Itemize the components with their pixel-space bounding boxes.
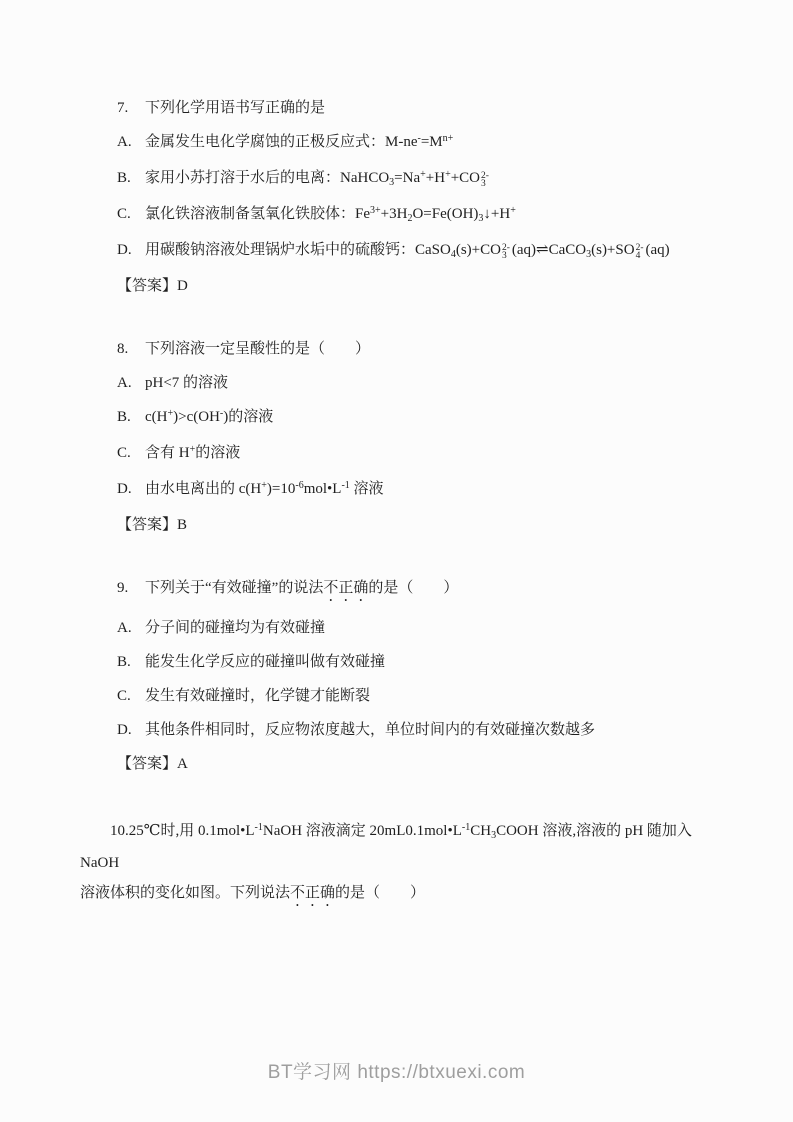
question-8: 8.下列溶液一定呈酸性的是（ ）A.pH<7 的溶液B.c(H+)>c(OH-)… <box>117 338 713 536</box>
text-run: 家用小苏打溶于水后的电离：NaHCO <box>145 170 389 186</box>
text-run: NaOH 溶液滴定 20mL0.1mol•L <box>263 823 462 839</box>
option-row: C.发生有效碰撞时，化学键才能断裂 <box>117 685 713 707</box>
option-text: pH<7 的溶液 <box>145 375 228 391</box>
superscript: + <box>420 169 426 180</box>
text-run: 发生有效碰撞时，化学键才能断裂 <box>145 688 370 704</box>
text-run: c(H <box>145 409 168 425</box>
text-run: CH <box>470 823 491 839</box>
superscript: -1 <box>255 822 263 833</box>
option-label: B. <box>117 651 145 673</box>
text-run: 含有 H <box>145 445 190 461</box>
text-run: )>c(OH <box>173 409 220 425</box>
answer-line: 【答案】A <box>117 753 713 775</box>
text-run: 的是（ ） <box>368 580 458 596</box>
option-text: 家用小苏打溶于水后的电离：NaHCO3=Na++H++CO2-3 <box>145 170 491 186</box>
superscript: -6 <box>295 480 303 491</box>
text-run: =M <box>421 134 443 150</box>
superscript: + <box>261 480 267 491</box>
question-stem: 7.下列化学用语书写正确的是 <box>117 97 713 119</box>
superscript: n+ <box>443 133 454 144</box>
option-label: B. <box>117 167 145 189</box>
answer-prefix: 【答案】 <box>117 756 177 772</box>
text-run: +CO <box>451 170 480 186</box>
option-row: D.其他条件相同时，反应物浓度越大，单位时间内的有效碰撞次数越多 <box>117 719 713 741</box>
stacked-charge: 2-3 <box>502 244 510 261</box>
option-row: C.含有 H+的溶液 <box>117 442 713 466</box>
question-number: 9. <box>117 577 145 599</box>
subscript: 3 <box>491 830 496 841</box>
text-run: )=10 <box>267 481 295 497</box>
question-number: 8. <box>117 338 145 360</box>
text-run: 的溶液 <box>195 445 240 461</box>
question-number: 10. <box>95 816 129 846</box>
emphasized-text: 不正确 <box>290 885 335 901</box>
option-text: 能发生化学反应的碰撞叫做有效碰撞 <box>145 654 385 670</box>
question-7: 7.下列化学用语书写正确的是A.金属发生电化学腐蚀的正极反应式：M-ne-=Mn… <box>117 97 713 297</box>
subscript: 4 <box>451 249 456 260</box>
text-run: 分子间的碰撞均为有效碰撞 <box>145 620 325 636</box>
answer-value: A <box>177 756 188 772</box>
emphasized-text: 不正确 <box>323 580 368 596</box>
subscript: 3 <box>586 249 591 260</box>
text-run: O=Fe(OH) <box>412 206 478 222</box>
text-run: 氯化铁溶液制备氢氧化铁胶体：Fe <box>145 206 370 222</box>
superscript: + <box>510 205 516 216</box>
answer-prefix: 【答案】 <box>117 278 177 294</box>
text-run: 溶液 <box>350 481 384 497</box>
question-number: 7. <box>117 97 145 119</box>
option-row: B.c(H+)>c(OH-)的溶液 <box>117 406 713 430</box>
option-row: D.用碳酸钠溶液处理锅炉水垢中的硫酸钙：CaSO4(s)+CO2-3(aq)⇌C… <box>117 239 713 263</box>
question-10: 10.25℃时,用 0.1mol•L-1NaOH 溶液滴定 20mL0.1mol… <box>80 816 711 910</box>
option-label: C. <box>117 203 145 225</box>
text-run: 能发生化学反应的碰撞叫做有效碰撞 <box>145 654 385 670</box>
superscript: + <box>445 169 451 180</box>
option-text: 其他条件相同时，反应物浓度越大，单位时间内的有效碰撞次数越多 <box>145 722 595 738</box>
text-run: 下列溶液一定呈酸性的是（ ） <box>145 341 370 357</box>
option-label: A. <box>117 131 145 153</box>
text-run: 由水电离出的 c(H <box>145 481 261 497</box>
option-text: 发生有效碰撞时，化学键才能断裂 <box>145 688 370 704</box>
option-row: B.能发生化学反应的碰撞叫做有效碰撞 <box>117 651 713 673</box>
option-text: c(H+)>c(OH-)的溶液 <box>145 409 273 425</box>
text-run: 25℃时,用 0.1mol•L <box>129 823 255 839</box>
text-run: )的溶液 <box>223 409 273 425</box>
option-text: 用碳酸钠溶液处理锅炉水垢中的硫酸钙：CaSO4(s)+CO2-3(aq)⇌CaC… <box>145 242 670 258</box>
text-run: (aq) <box>646 242 670 258</box>
stacked-charge: 2-4 <box>636 244 644 261</box>
option-row: A.pH<7 的溶液 <box>117 372 713 394</box>
text-run: pH<7 的溶液 <box>145 375 228 391</box>
answer-value: B <box>177 517 187 533</box>
text-run: 的是（ ） <box>335 885 425 901</box>
option-text: 金属发生电化学腐蚀的正极反应式：M-ne-=Mn+ <box>145 134 453 150</box>
option-label: C. <box>117 442 145 464</box>
option-text: 含有 H+的溶液 <box>145 445 240 461</box>
text-run: mol•L <box>304 481 342 497</box>
question-stem: 10.25℃时,用 0.1mol•L-1NaOH 溶液滴定 20mL0.1mol… <box>80 816 711 910</box>
superscript: - <box>418 133 421 144</box>
option-label: D. <box>117 478 145 500</box>
answer-line: 【答案】B <box>117 514 713 536</box>
answer-line: 【答案】D <box>117 275 713 297</box>
questions-area: 7.下列化学用语书写正确的是A.金属发生电化学腐蚀的正极反应式：M-ne-=Mn… <box>0 97 793 922</box>
exam-document-page: { "answer_prefix": "【答案】", "colors": { "… <box>0 0 793 1122</box>
question-stem: 9.下列关于“有效碰撞”的说法不正确的是（ ） <box>117 577 713 605</box>
text-run: (s)+SO <box>591 242 634 258</box>
text-run: 金属发生电化学腐蚀的正极反应式：M-ne <box>145 134 418 150</box>
option-text: 由水电离出的 c(H+)=10-6mol•L-1 溶液 <box>145 481 384 497</box>
text-run: 溶液体积的变化如图。下列说法 <box>80 885 290 901</box>
option-label: D. <box>117 239 145 261</box>
answer-value: D <box>177 278 188 294</box>
superscript: -1 <box>462 822 470 833</box>
option-label: A. <box>117 372 145 394</box>
question-stem: 8.下列溶液一定呈酸性的是（ ） <box>117 338 713 360</box>
subscript: 3 <box>478 213 483 224</box>
superscript: - <box>220 408 223 419</box>
text-run: (s)+CO <box>456 242 501 258</box>
option-text: 氯化铁溶液制备氢氧化铁胶体：Fe3++3H2O=Fe(OH)3↓+H+ <box>145 206 516 222</box>
option-label: A. <box>117 617 145 639</box>
text-run: +H <box>426 170 445 186</box>
text-run: (aq)⇌CaCO <box>512 242 586 258</box>
superscript: + <box>168 408 174 419</box>
stacked-charge: 2-3 <box>481 172 489 189</box>
superscript: + <box>190 444 196 455</box>
text-run: 下列化学用语书写正确的是 <box>145 100 325 116</box>
option-row: A.金属发生电化学腐蚀的正极反应式：M-ne-=Mn+ <box>117 131 713 155</box>
option-label: C. <box>117 685 145 707</box>
subscript: 3 <box>389 177 394 188</box>
text-run: =Na <box>394 170 420 186</box>
superscript: 3+ <box>370 205 381 216</box>
text-run: 其他条件相同时，反应物浓度越大，单位时间内的有效碰撞次数越多 <box>145 722 595 738</box>
subscript: 2 <box>407 213 412 224</box>
text-run: +3H <box>381 206 408 222</box>
option-row: A.分子间的碰撞均为有效碰撞 <box>117 617 713 639</box>
superscript: -1 <box>341 480 349 491</box>
text-run: 用碳酸钠溶液处理锅炉水垢中的硫酸钙：CaSO <box>145 242 451 258</box>
question-9: 9.下列关于“有效碰撞”的说法不正确的是（ ）A.分子间的碰撞均为有效碰撞B.能… <box>117 577 713 775</box>
option-row: C.氯化铁溶液制备氢氧化铁胶体：Fe3++3H2O=Fe(OH)3↓+H+ <box>117 203 713 227</box>
text-run: ↓+H <box>483 206 510 222</box>
option-row: D.由水电离出的 c(H+)=10-6mol•L-1 溶液 <box>117 478 713 502</box>
watermark-footer: BT学习网 https://btxuexi.com <box>0 1062 793 1084</box>
option-label: D. <box>117 719 145 741</box>
answer-prefix: 【答案】 <box>117 517 177 533</box>
option-row: B.家用小苏打溶于水后的电离：NaHCO3=Na++H++CO2-3 <box>117 167 713 191</box>
option-label: B. <box>117 406 145 428</box>
option-text: 分子间的碰撞均为有效碰撞 <box>145 620 325 636</box>
text-run: 下列关于“有效碰撞”的说法 <box>145 580 323 596</box>
